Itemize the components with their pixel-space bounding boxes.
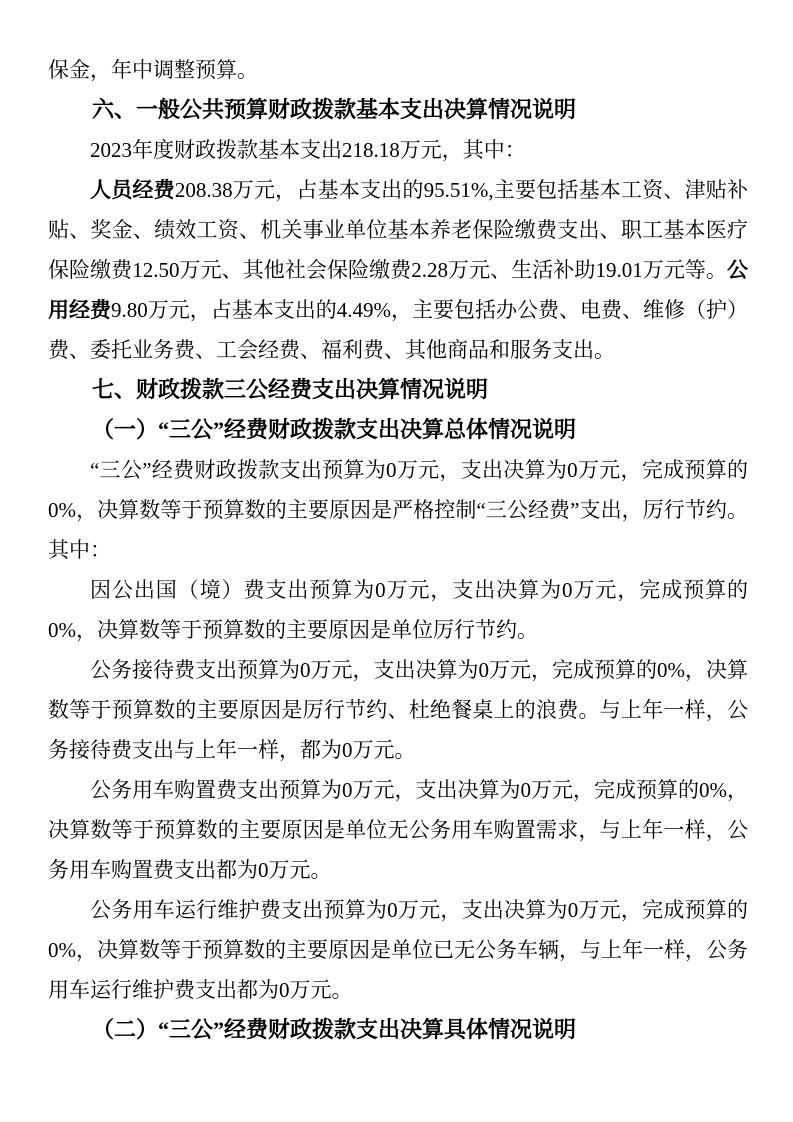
public-expense-text: 9.80万元，占基本支出的4.49%，主要包括办公费、电费、维修（护）费、委托业… — [48, 298, 748, 362]
heading-sub-one-overall: （一）“三公”经费财政拨款支出决算总体情况说明 — [48, 410, 748, 450]
paragraph-reception-expense: 公务接待费支出预算为0万元，支出决算为0万元，完成预算的0%，决算数等于预算数的… — [48, 650, 748, 770]
paragraph-basic-expense-detail: 人员经费208.38万元，占基本支出的95.51%,主要包括基本工资、津贴补贴、… — [48, 170, 748, 370]
paragraph-basic-expense-intro: 2023年度财政拨款基本支出218.18万元，其中： — [48, 130, 748, 170]
paragraph-vehicle-purchase-expense: 公务用车购置费支出预算为0万元，支出决算为0万元，完成预算的0%，决算数等于预算… — [48, 770, 748, 890]
paragraph-vehicle-maintenance-expense: 公务用车运行维护费支出预算为0万元，支出决算为0万元，完成预算的0%，决算数等于… — [48, 890, 748, 1010]
heading-sub-two-detail: （二）“三公”经费财政拨款支出决算具体情况说明 — [48, 1010, 748, 1050]
personnel-expense-label: 人员经费 — [90, 178, 175, 202]
paragraph-abroad-expense: 因公出国（境）费支出预算为0万元，支出决算为0万元，完成预算的0%，决算数等于预… — [48, 570, 748, 650]
heading-section-seven: 七、财政拨款三公经费支出决算情况说明 — [48, 370, 748, 410]
paragraph-continuation: 保金，年中调整预算。 — [48, 50, 748, 90]
heading-section-six: 六、一般公共预算财政拨款基本支出决算情况说明 — [48, 90, 748, 130]
document-page: 保金，年中调整预算。 六、一般公共预算财政拨款基本支出决算情况说明 2023年度… — [0, 0, 793, 1122]
paragraph-three-public-total: “三公”经费财政拨款支出预算为0万元，支出决算为0万元，完成预算的0%，决算数等… — [48, 450, 748, 570]
